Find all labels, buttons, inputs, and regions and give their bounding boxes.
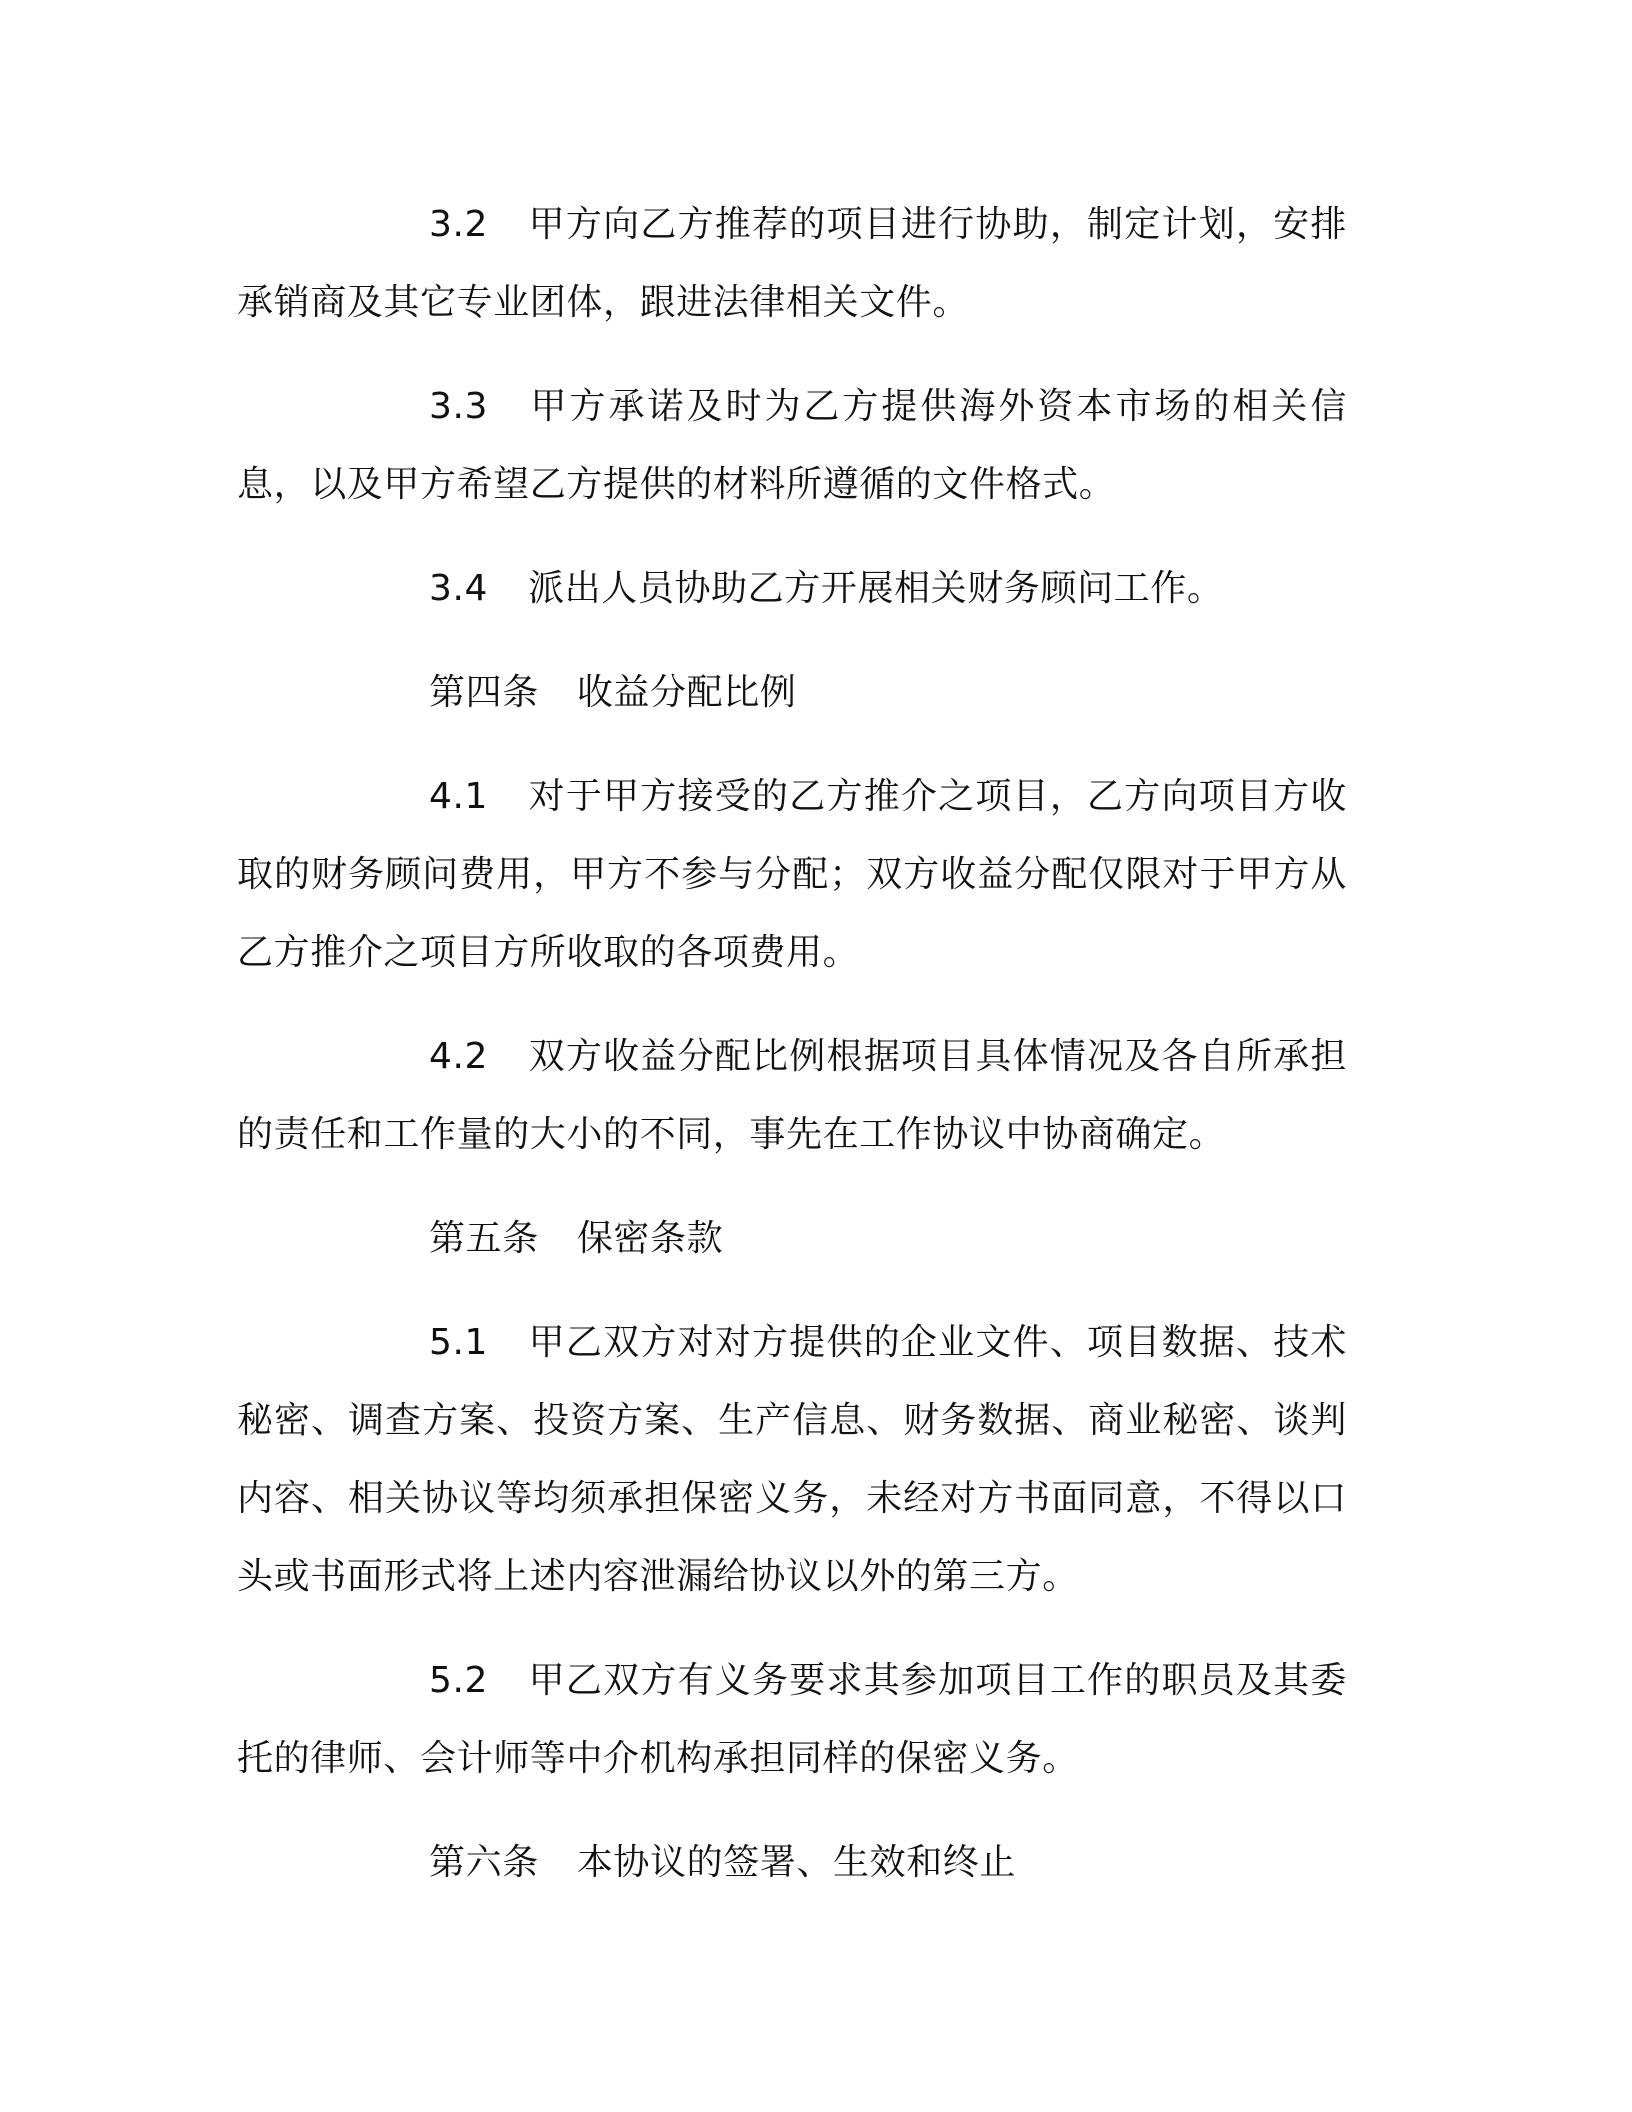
clause-number: 4.1	[333, 758, 488, 836]
clause-number: 3.4	[333, 550, 488, 628]
clause-3-2: 3.2甲方向乙方推荐的项目进行协助，制定计划，安排承销商及其它专业团体，跟进法律…	[237, 186, 1347, 342]
article-6-heading: 第六条本协议的签署、生效和终止	[237, 1824, 1347, 1902]
clause-number: 3.2	[333, 186, 488, 264]
article-number: 第五条	[333, 1200, 539, 1278]
article-title: 收益分配比例	[577, 672, 797, 713]
clause-3-4: 3.4派出人员协助乙方开展相关财务顾问工作。	[237, 550, 1347, 628]
document-page: 3.2甲方向乙方推荐的项目进行协助，制定计划，安排承销商及其它专业团体，跟进法律…	[237, 186, 1347, 1928]
clause-4-2: 4.2双方收益分配比例根据项目具体情况及各自所承担的责任和工作量的大小的不同，事…	[237, 1018, 1347, 1174]
clause-number: 3.3	[333, 368, 488, 446]
article-number: 第四条	[333, 654, 539, 732]
clause-text: 派出人员协助乙方开展相关财务顾问工作。	[528, 568, 1223, 609]
clause-4-1: 4.1对于甲方接受的乙方推介之项目，乙方向项目方收取的财务顾问费用，甲方不参与分…	[237, 758, 1347, 992]
clause-3-3: 3.3甲方承诺及时为乙方提供海外资本市场的相关信息，以及甲方希望乙方提供的材料所…	[237, 368, 1347, 524]
clause-5-2: 5.2甲乙双方有义务要求其参加项目工作的职员及其委托的律师、会计师等中介机构承担…	[237, 1642, 1347, 1798]
clause-5-1: 5.1甲乙双方对对方提供的企业文件、项目数据、技术秘密、调查方案、投资方案、生产…	[237, 1304, 1347, 1616]
article-number: 第六条	[333, 1824, 539, 1902]
clause-number: 5.1	[333, 1304, 488, 1382]
article-title: 本协议的签署、生效和终止	[577, 1842, 1016, 1883]
article-4-heading: 第四条收益分配比例	[237, 654, 1347, 732]
article-title: 保密条款	[577, 1218, 723, 1259]
clause-number: 5.2	[333, 1642, 488, 1720]
clause-number: 4.2	[333, 1018, 488, 1096]
article-5-heading: 第五条保密条款	[237, 1200, 1347, 1278]
